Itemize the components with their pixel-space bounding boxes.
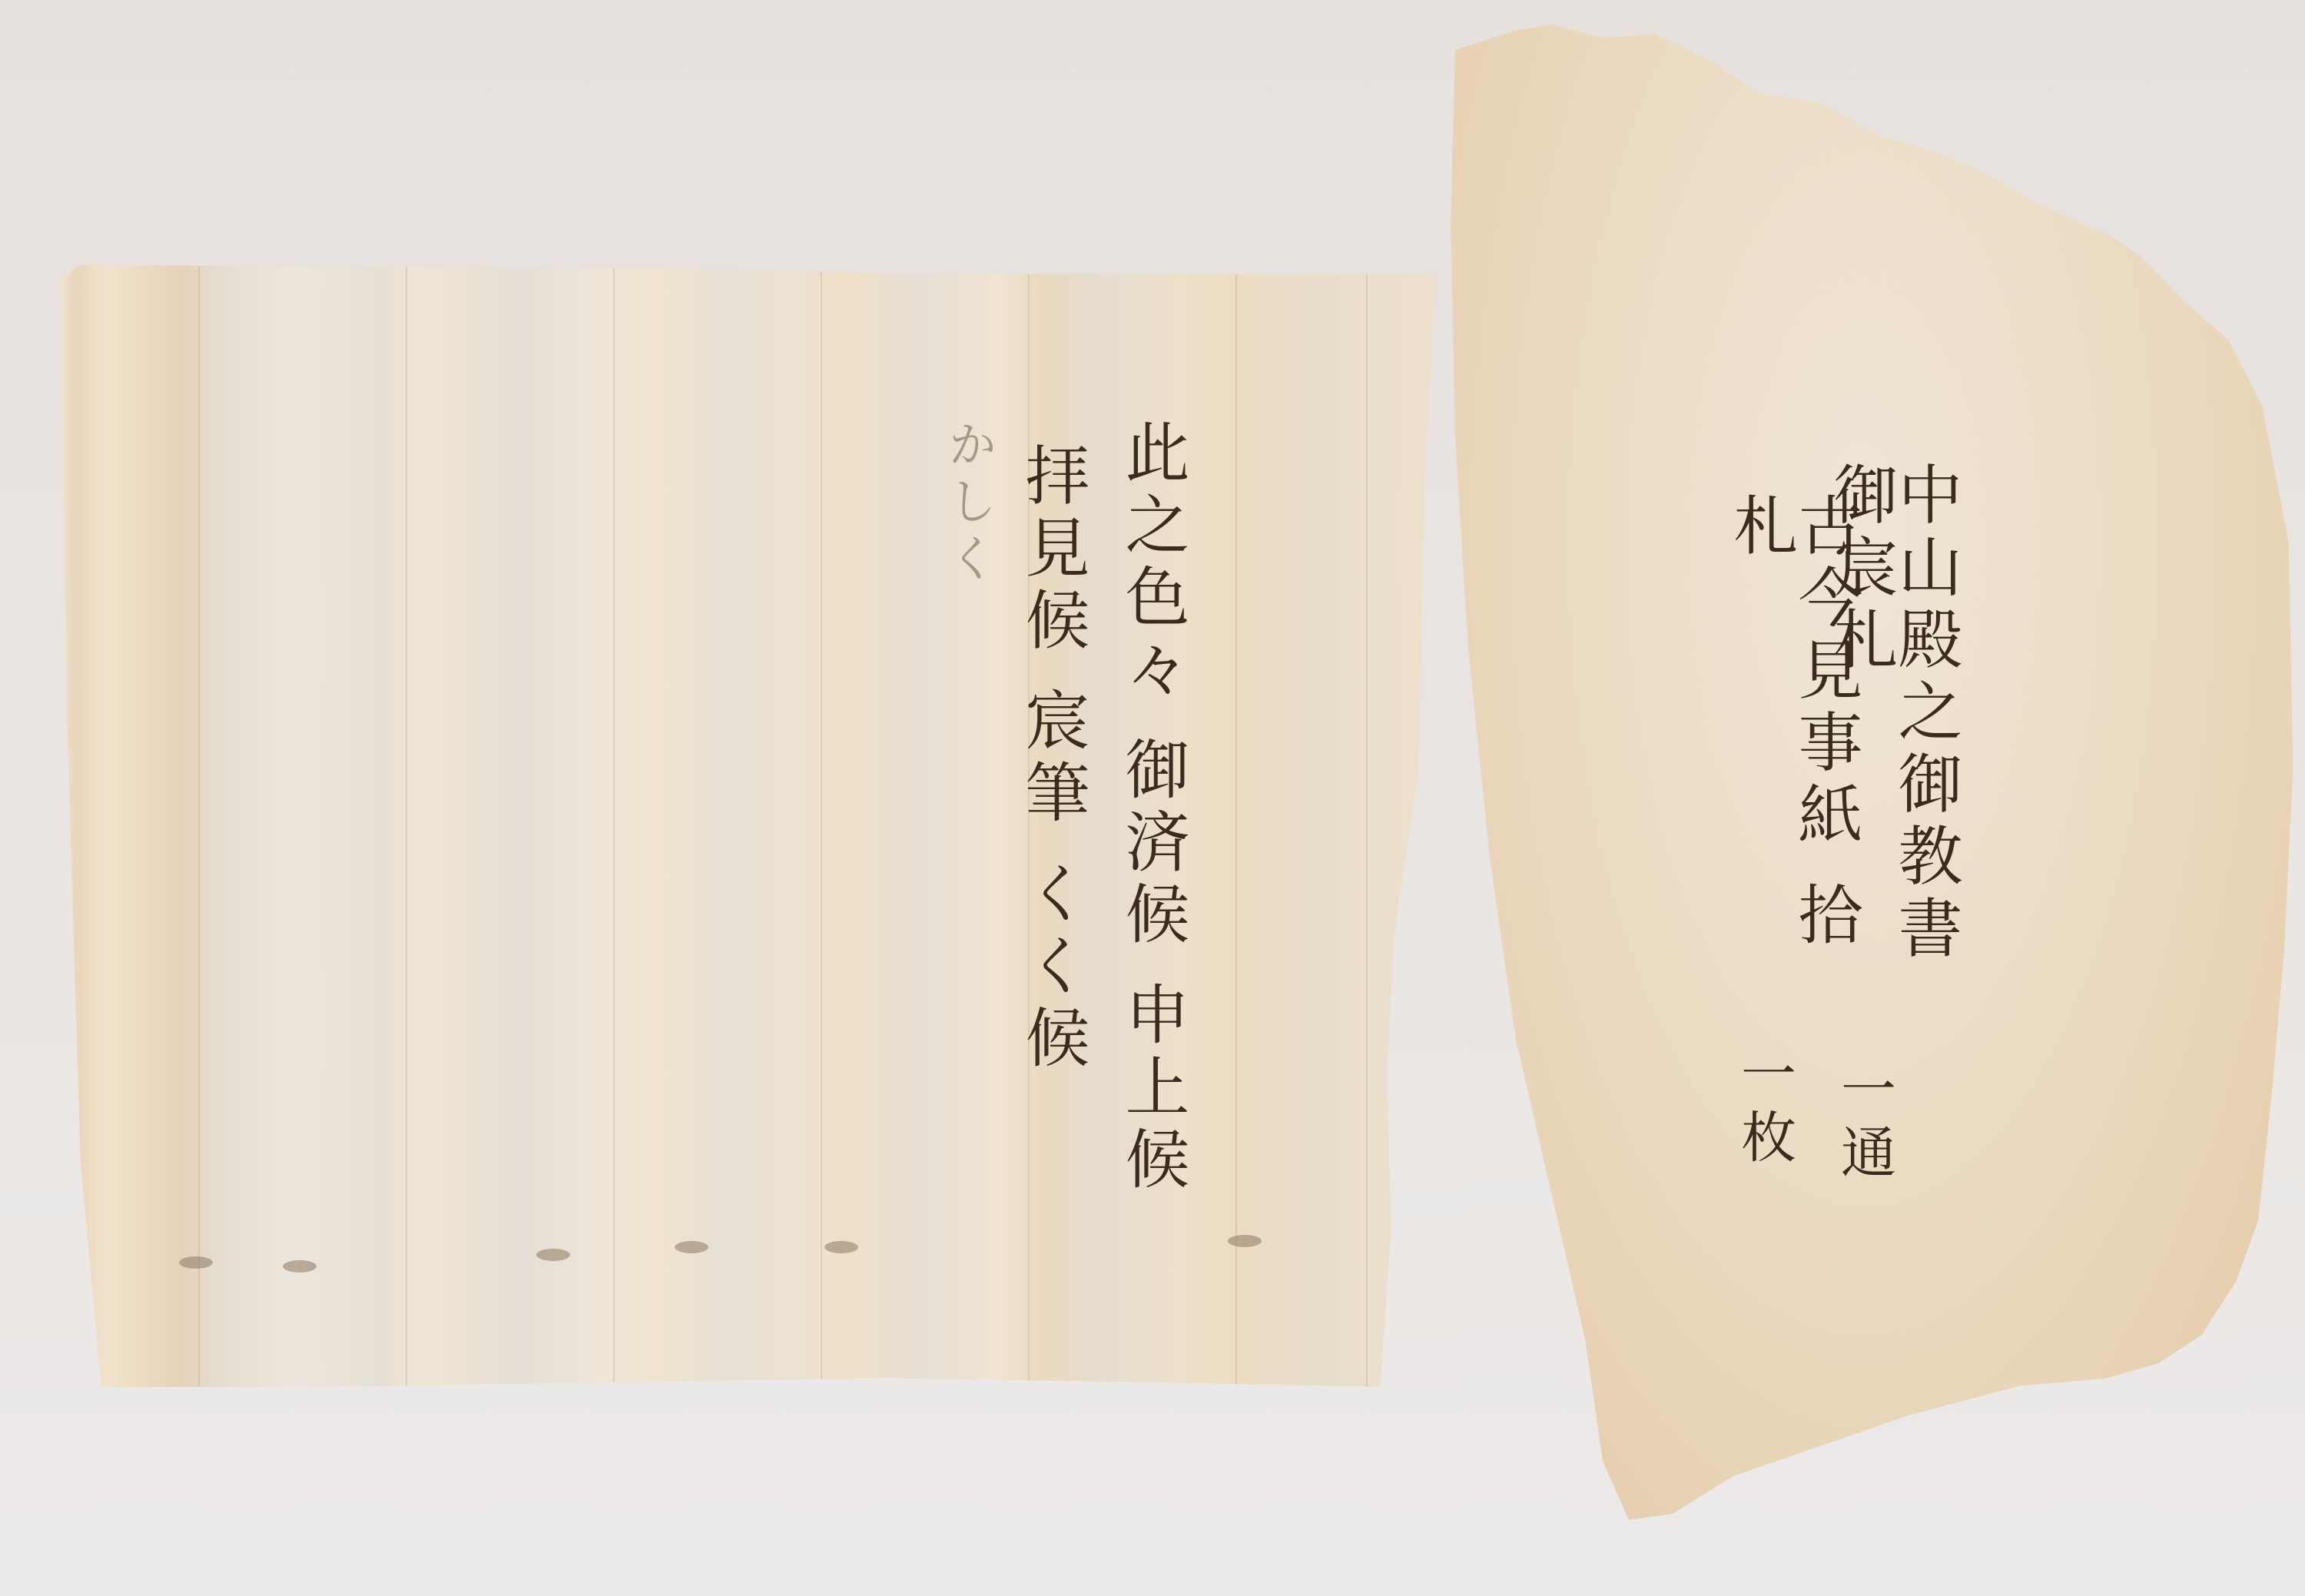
fold-line xyxy=(821,265,822,1387)
fold-line xyxy=(406,265,407,1387)
binding-hole xyxy=(283,1260,317,1272)
fold-line xyxy=(1366,265,1368,1387)
binding-hole xyxy=(824,1241,858,1253)
binding-hole xyxy=(675,1241,708,1253)
right-document-wrapper: 中山殿之御教書 御宸札 一通 古今見事紙 拾札 一枚 xyxy=(1429,15,2297,1521)
left-doc-column-2: 拝見候 宸筆 くく候 xyxy=(1020,442,1085,1272)
fold-line xyxy=(1235,265,1237,1387)
fold-line xyxy=(613,265,615,1387)
binding-hole xyxy=(1228,1235,1262,1247)
fold-line xyxy=(198,265,200,1387)
left-doc-column-1: 此之色々 御済候 申上候 xyxy=(1120,419,1185,1264)
binding-hole xyxy=(179,1256,213,1269)
right-doc-count-2: 一枚 xyxy=(1736,1045,1792,1199)
right-doc-count-1: 一通 xyxy=(1836,1060,1892,1214)
binding-hole xyxy=(536,1249,570,1261)
right-doc-column-2: 古今見事紙 拾札 xyxy=(1729,492,1858,968)
left-document: 此之色々 御済候 申上候 拝見候 宸筆 くく候 かしく xyxy=(60,265,1435,1387)
left-doc-column-3: かしく xyxy=(944,419,993,880)
